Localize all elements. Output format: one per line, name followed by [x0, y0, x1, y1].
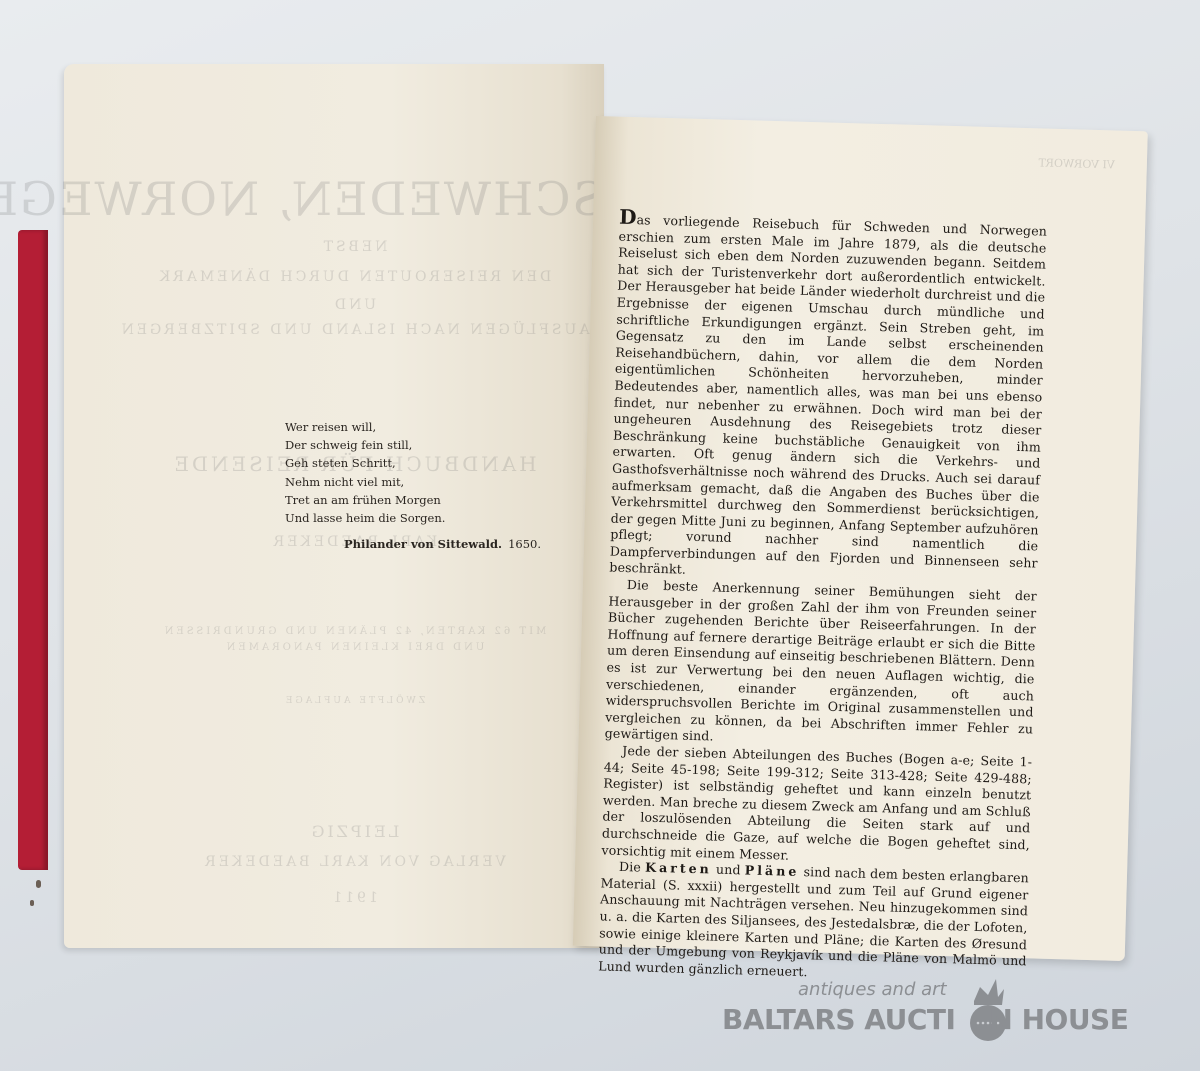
bleed-through-line: UND	[104, 297, 604, 313]
poem-line: Wer reisen will,	[285, 418, 555, 436]
watermark-name-part: BALTARS AUCTI	[722, 1003, 955, 1036]
watermark-tagline: antiques and art	[798, 979, 947, 1000]
poem-line: Geh steten Schritt,	[285, 454, 555, 472]
right-page: VI VORWORT Das vorliegende Reisebuch für…	[573, 116, 1148, 961]
preface-text: Das vorliegende Reisebuch für Schweden u…	[598, 209, 1047, 987]
epigraph-poem: Wer reisen will, Der schweig fein still,…	[285, 418, 555, 553]
bleed-through-line: AUSFLÜGEN NACH ISLAND UND SPITZBERGEN	[104, 322, 604, 338]
bleed-through-line: NEBST	[104, 239, 604, 255]
paragraph: Die Karten und Pläne sind nach dem beste…	[598, 859, 1029, 987]
paragraph: Die beste Anerkennung seiner Bemühungen …	[605, 577, 1037, 755]
paragraph: Jede der sieben Abteilungen des Buches (…	[601, 742, 1032, 870]
bleed-through-line: ZWÖLFTE AUFLAGE	[104, 696, 604, 706]
emphasis-karten: Karten	[645, 860, 712, 877]
bleed-through-imprint-publisher: VERLAG VON KARL BAEDEKER	[104, 854, 604, 870]
bleed-through-header: VI VORWORT	[635, 145, 1115, 171]
poem-line: Der schweig fein still,	[285, 436, 555, 454]
bleed-through-line: MIT 62 KARTEN, 42 PLÄNEN UND GRUNDRISSEN	[104, 626, 604, 637]
paragraph: Das vorliegende Reisebuch für Schweden u…	[609, 209, 1047, 589]
poem-year: 1650.	[508, 537, 541, 551]
bleed-through-imprint-city: LEIPZIG	[104, 822, 604, 841]
poem-line: Tret an am frühen Morgen	[285, 491, 555, 509]
open-book: SCHWEDEN, NORWEGEN NEBST DEN REISEROUTEN…	[0, 0, 1200, 1071]
bleed-through-imprint-year: 1911	[104, 890, 604, 906]
paragraph-text: Die	[619, 859, 645, 875]
debris-dots	[30, 880, 41, 906]
watermark-name-part: N HOUSE	[989, 1003, 1128, 1036]
drop-cap: D	[619, 205, 637, 229]
red-book-cover-edge	[18, 230, 48, 870]
poem-author: Philander von Sittewald.	[344, 537, 502, 551]
paragraph-text: as vorliegende Reisebuch für Schweden un…	[609, 212, 1047, 577]
bleed-through-line: DEN REISEROUTEN DURCH DÄNEMARK	[104, 269, 604, 285]
paragraph-text: sind nach dem besten erlangbaren Materia…	[598, 864, 1029, 979]
auction-house-watermark: antiques and art BALTARS AUCTIN HOUSE	[720, 975, 1140, 1045]
poem-line: Nehm nicht viel mit,	[285, 473, 555, 491]
paragraph-text: und	[712, 862, 745, 878]
emphasis-plaene: Pläne	[745, 863, 800, 880]
bleed-through-title: SCHWEDEN, NORWEGEN	[104, 172, 604, 226]
bleed-through-line: UND DREI KLEINEN PANORAMEN	[104, 642, 604, 653]
poem-attribution: Philander von Sittewald.1650.	[285, 535, 555, 553]
watermark-name: BALTARS AUCTIN HOUSE	[722, 1003, 1128, 1036]
poem-line: Und lasse heim die Sorgen.	[285, 509, 555, 527]
